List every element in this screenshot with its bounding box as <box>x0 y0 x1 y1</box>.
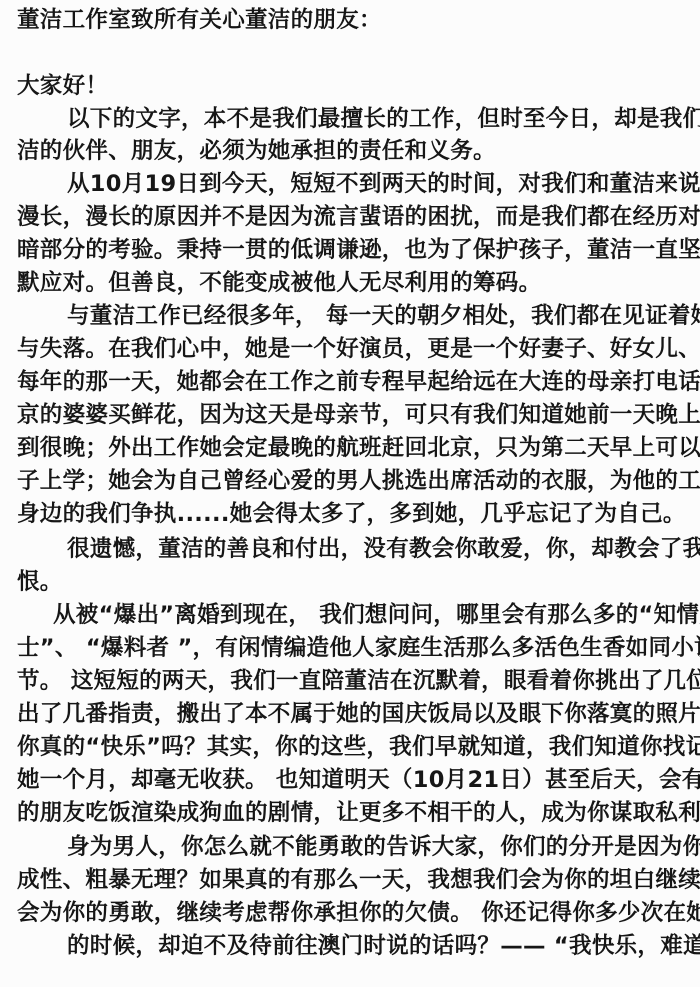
letter-body-line: 很遗憾，董洁的善良和付出，没有教会你敢爱，你，却教会了我们敢 <box>67 535 700 563</box>
letter-body-line: 出了几番指责，搬出了本不属于她的国庆饭局以及眼下你落寞的照片。所以， <box>17 700 700 728</box>
letter-body-line: 你真的“快乐”吗？其实，你的这些，我们早就知道，我们知道你找记者跟了 <box>17 733 700 761</box>
letter-body-line: 以下的文字，本不是我们最擅长的工作，但时至今日，却是我们身为董 <box>67 105 700 133</box>
letter-greeting: 大家好！ <box>17 72 108 100</box>
letter-body-line: 节。 这短短的两天，我们一直陪董洁在沉默着，眼看着你挑出了几位先生，说 <box>17 667 700 695</box>
letter-body-line: 她一个月，却毫无收获。 也知道明天（10月21日）甚至后天，会有人把普通 <box>17 766 700 794</box>
letter-body-line: 身为男人，你怎么就不能勇敢的告诉大家，你们的分开是因为你的嗜赌 <box>67 833 700 861</box>
letter-body-line: 从10月19日到今天，短短不到两天的时间，对我们和董洁来说，都无比 <box>67 170 700 198</box>
letter-title: 董洁工作室致所有关心董洁的朋友： <box>17 6 382 34</box>
letter-body-line: 与董洁工作已经很多年， 每一天的朝夕相处，我们都在见证着她的开心 <box>67 302 700 330</box>
letter-body-line: 子上学；她会为自己曾经心爱的男人挑选出席活动的衣服，为他的工作不惜与 <box>17 467 700 495</box>
letter-body-line: 从被“爆出”离婚到现在， 我们想问问，哪里会有那么多的“知情人 <box>53 601 700 629</box>
letter-body-line: 京的婆婆买鲜花，因为这天是母亲节，可只有我们知道她前一天晚上总是工作 <box>17 401 700 429</box>
letter-body-line: 暗部分的考验。秉持一贯的低调谦逊，也为了保护孩子，董洁一直坚持着以沉 <box>17 236 700 264</box>
letter-body-line: 会为你的勇敢，继续考虑帮你承担你的欠债。 你还记得你多少次在她最需要你 <box>17 899 700 927</box>
letter-body-line: 恨。 <box>17 568 63 596</box>
letter-body-line: 与失落。在我们心中，她是一个好演员，更是一个好妻子、好女儿、好母亲。 <box>17 335 700 363</box>
letter-body-line: 每年的那一天，她都会在工作之前专程早起给远在大连的母亲打电话，给在北 <box>17 368 700 396</box>
letter-body-line: 默应对。但善良，不能变成被他人无尽利用的筹码。 <box>17 269 541 297</box>
letter-body-line: 的朋友吃饭渲染成狗血的剧情，让更多不相干的人，成为你谋取私利的陪绑。 <box>17 799 700 827</box>
letter-body-line: 士”、 “爆料者 ”，有闲情编造他人家庭生活那么多活色生香如同小说的细 <box>17 634 700 662</box>
letter-body-line: 洁的伙伴、朋友，必须为她承担的责任和义务。 <box>17 137 496 165</box>
letter-page: 董洁工作室致所有关心董洁的朋友： 大家好！ 以下的文字，本不是我们最擅长的工作，… <box>0 0 700 987</box>
letter-body-line: 到很晚；外出工作她会定最晚的航班赶回北京，只为第二天早上可以亲自送孩 <box>17 434 700 462</box>
letter-body-line: 的时候，却迫不及待前往澳门时说的话吗？—— “我快乐，难道你不高 <box>67 932 700 960</box>
letter-body-line: 身边的我们争执......她会得太多了，多到她，几乎忘记了为自己。 <box>17 500 686 528</box>
letter-body-line: 成性、粗暴无理？如果真的有那么一天，我想我们会为你的坦白继续沉默。也 <box>17 866 700 894</box>
letter-body-line: 漫长，漫长的原因并不是因为流言蜚语的困扰，而是我们都在经历对人性最黑 <box>17 203 700 231</box>
